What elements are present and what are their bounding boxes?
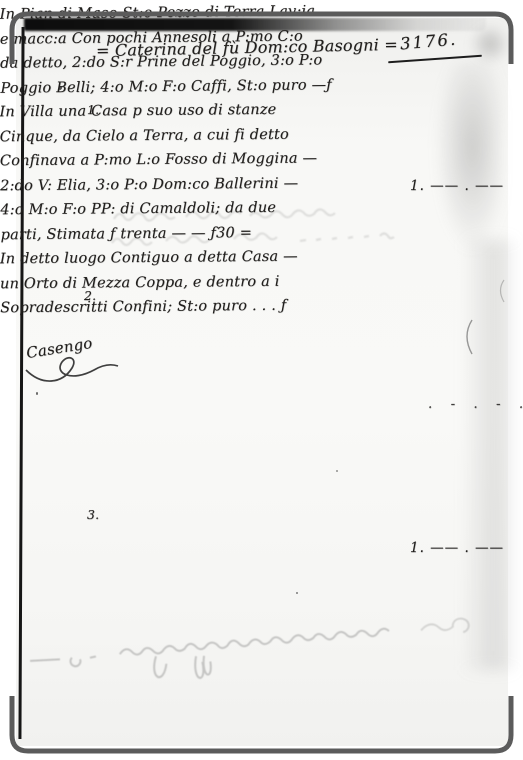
manuscript-scan: = Caterina del fù Dom:co Basogni = 3176.… bbox=[0, 0, 523, 760]
scan-frame-border bbox=[0, 0, 523, 760]
